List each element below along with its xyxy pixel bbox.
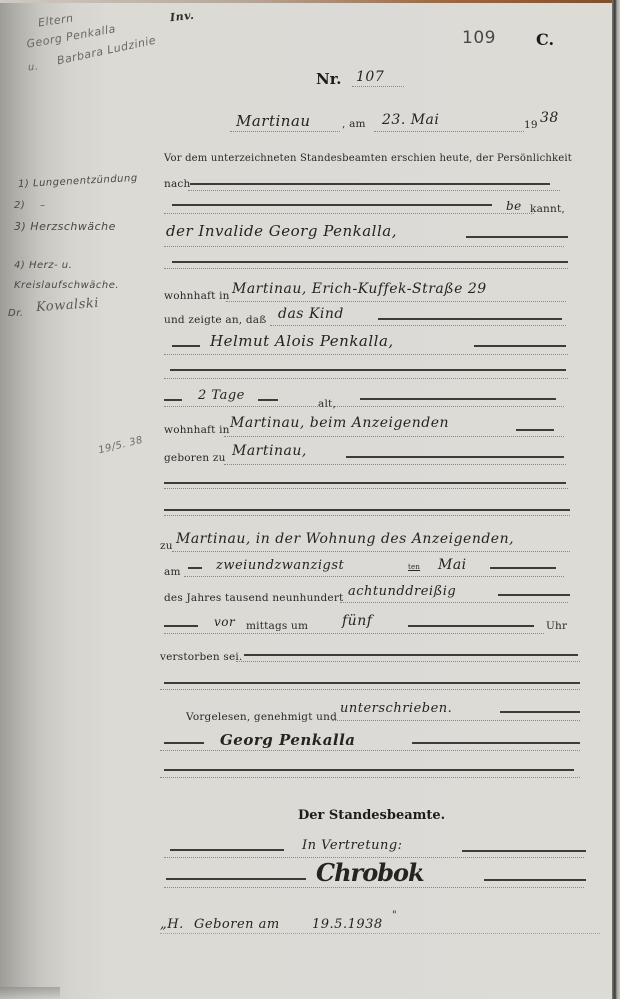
informant-signature: Georg Penkalla	[220, 731, 356, 749]
bekannt-hand: be	[506, 199, 522, 213]
margin-parents-suffix: Inv.	[169, 9, 194, 24]
rule	[484, 879, 586, 881]
rule	[172, 345, 200, 347]
dotrule	[270, 325, 566, 326]
dotrule	[226, 301, 566, 302]
rule	[164, 769, 574, 771]
rule	[164, 509, 570, 511]
rule	[172, 204, 492, 206]
dotrule	[160, 777, 580, 778]
informant-residence: Martinau, Erich-Kuffek-Straße 29	[232, 281, 487, 297]
dotrule	[164, 213, 534, 214]
birthplace: Martinau,	[232, 443, 307, 459]
header-place: Martinau	[236, 112, 311, 130]
wohnhaft2-label: wohnhaft in	[164, 424, 230, 436]
ten-label: ten	[408, 563, 420, 571]
wohnhaft-label: wohnhaft in	[164, 290, 230, 302]
vor-value: vor	[214, 615, 235, 629]
rule	[412, 742, 580, 744]
dotrule	[164, 488, 568, 489]
dotrule	[164, 515, 570, 516]
uhr-label: Uhr	[546, 620, 567, 632]
footnote-text: Geboren am	[194, 917, 280, 932]
rule	[462, 850, 586, 852]
deceased-name: Helmut Alois Penkalla,	[210, 332, 394, 350]
nach-label: nach	[164, 178, 190, 190]
vorgelesen-value: unterschrieben.	[340, 701, 452, 716]
cause-3: 3) Herzschwäche	[14, 220, 116, 233]
dotrule	[164, 378, 568, 379]
entry-number: 107	[356, 69, 384, 85]
rule	[490, 567, 556, 569]
geboren-label: geboren zu	[164, 452, 226, 464]
zeigte-label: und zeigte an, daß	[164, 314, 266, 326]
rule	[164, 482, 566, 484]
rule	[360, 398, 556, 400]
registrar-signature: Chrobok	[316, 858, 424, 887]
rule	[166, 878, 306, 880]
doctor-prefix: Dr.	[8, 308, 24, 319]
entry-number-label: Nr.	[316, 70, 341, 88]
page-number: 109	[462, 28, 496, 48]
margin-and: u.	[27, 61, 39, 73]
header-date: 23. Mai	[382, 112, 439, 128]
rule	[164, 625, 198, 627]
dotrule	[224, 436, 564, 437]
place-underline	[230, 131, 340, 132]
age-value: 2 Tage	[198, 388, 245, 403]
deceased-residence: Martinau, beim Anzeigenden	[230, 415, 449, 431]
footnote-closing-quote: "	[392, 910, 397, 921]
rule	[474, 345, 566, 347]
rule	[170, 369, 566, 371]
zu-label: zu	[160, 540, 173, 552]
rule	[244, 654, 578, 656]
dotrule	[164, 887, 584, 888]
death-hour: fünf	[342, 613, 372, 629]
zeigte-value: das Kind	[278, 306, 344, 322]
dotrule	[188, 190, 560, 191]
footnote-date: 19.5.1938	[312, 917, 383, 932]
footnote-marker: „H.	[160, 917, 184, 932]
rule	[466, 236, 568, 238]
rule	[188, 567, 202, 569]
dotrule	[164, 268, 568, 269]
dotrule	[160, 750, 580, 751]
footnote-underline	[160, 933, 600, 934]
date-underline	[374, 131, 524, 132]
death-month: Mai	[438, 557, 467, 573]
rule	[190, 183, 550, 185]
rule	[164, 682, 580, 684]
cause-2: 2) –	[14, 200, 45, 211]
rule	[346, 456, 564, 458]
rule	[164, 399, 182, 401]
mittags-label: mittags um	[246, 620, 308, 632]
jahr-label: des Jahres tausend neunhundert	[164, 592, 343, 604]
cause-4: 4) Herz- u. Kreislaufschwäche.	[14, 256, 144, 296]
death-year-words: achtunddreißig	[348, 584, 456, 599]
dotrule	[184, 576, 564, 577]
informant: der Invalide Georg Penkalla,	[166, 222, 397, 240]
rule	[378, 318, 562, 320]
dotrule	[164, 246, 564, 247]
bekannt-label: kannt,	[530, 203, 565, 215]
page-edge	[612, 0, 620, 999]
rule	[172, 261, 568, 263]
dotrule	[236, 661, 580, 662]
alt-label: alt,	[318, 398, 336, 410]
form-letter: C.	[536, 30, 554, 49]
dotrule	[172, 551, 570, 552]
am-label: am	[164, 566, 181, 578]
dotrule	[332, 720, 580, 721]
dotrule	[164, 406, 564, 407]
dotrule	[340, 602, 568, 603]
rule	[170, 849, 284, 851]
registrar-heading: Der Standesbeamte.	[298, 808, 445, 823]
year-suffix: 38	[540, 110, 559, 126]
vorgelesen-label: Vorgelesen, genehmigt und	[186, 711, 337, 723]
rule	[258, 399, 278, 401]
verstorben-label: verstorben sei.	[160, 651, 242, 663]
entry-number-underline	[352, 86, 404, 87]
dotrule	[164, 354, 568, 355]
am-label: , am	[342, 118, 366, 130]
dotrule	[164, 633, 544, 634]
rule	[498, 594, 570, 596]
dotrule	[160, 689, 580, 690]
page-shadow	[0, 987, 60, 999]
intro-text: Vor dem unterzeichneten Standesbeamten e…	[164, 153, 572, 164]
death-place: Martinau, in der Wohnung des Anzeigenden…	[176, 531, 514, 547]
vertretung: In Vertretung:	[302, 838, 403, 853]
year-prefix: 19	[524, 119, 538, 131]
rule	[500, 711, 580, 713]
rule	[164, 742, 204, 744]
rule	[516, 429, 554, 431]
dotrule	[224, 464, 566, 465]
rule	[408, 625, 534, 627]
death-day: zweiundzwanzigst	[216, 558, 344, 573]
